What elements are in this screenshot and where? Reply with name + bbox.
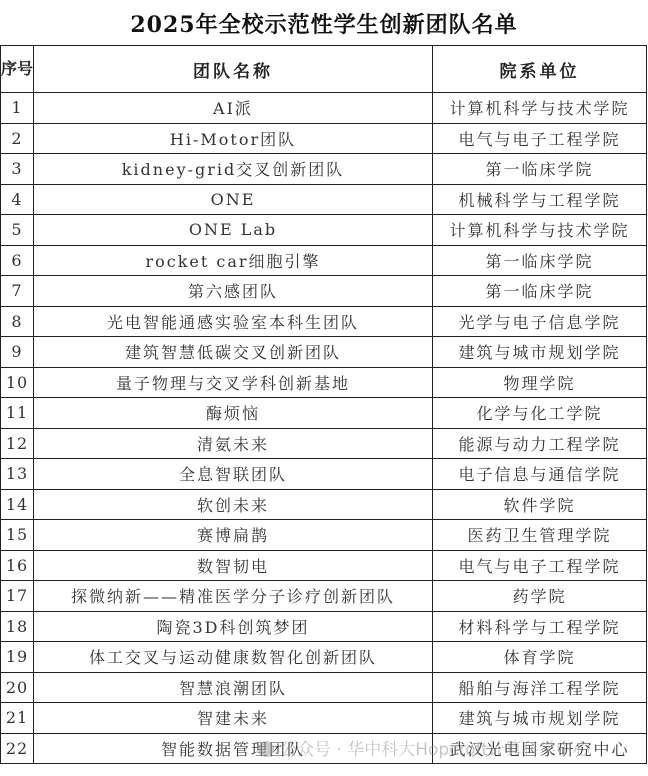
row-team-name: 智建未来 bbox=[34, 703, 433, 734]
row-team-name: ONE Lab bbox=[34, 215, 433, 246]
row-team-name: 软创未来 bbox=[34, 489, 433, 520]
row-department: 软件学院 bbox=[433, 489, 647, 520]
row-department: 电气与电子工程学院 bbox=[433, 123, 647, 154]
table-row: 7第六感团队第一临床学院 bbox=[1, 276, 647, 307]
row-seq: 4 bbox=[1, 184, 34, 215]
row-seq: 13 bbox=[1, 459, 34, 490]
row-seq: 21 bbox=[1, 703, 34, 734]
header-team-name: 团队名称 bbox=[34, 46, 433, 93]
row-seq: 9 bbox=[1, 337, 34, 368]
row-department: 物理学院 bbox=[433, 367, 647, 398]
row-seq: 17 bbox=[1, 581, 34, 612]
table-row: 9建筑智慧低碳交叉创新团队建筑与城市规划学院 bbox=[1, 337, 647, 368]
row-department: 机械科学与工程学院 bbox=[433, 184, 647, 215]
table-row: 16数智韧电电气与电子工程学院 bbox=[1, 550, 647, 581]
row-seq: 10 bbox=[1, 367, 34, 398]
row-seq: 2 bbox=[1, 123, 34, 154]
table-row: 2Hi-Motor团队电气与电子工程学院 bbox=[1, 123, 647, 154]
row-seq: 19 bbox=[1, 642, 34, 673]
table-row: 14软创未来软件学院 bbox=[1, 489, 647, 520]
row-team-name: 赛博扁鹊 bbox=[34, 520, 433, 551]
row-team-name: 智能数据管理团队 bbox=[34, 733, 433, 764]
document-title: 2025年全校示范性学生创新团队名单 bbox=[0, 0, 648, 46]
row-team-name: 陶瓷3D科创筑梦团 bbox=[34, 611, 433, 642]
row-team-name: 探微纳新——精准医学分子诊疗创新团队 bbox=[34, 581, 433, 612]
row-seq: 11 bbox=[1, 398, 34, 429]
row-team-name: 光电智能通感实验室本科生团队 bbox=[34, 306, 433, 337]
row-seq: 1 bbox=[1, 93, 34, 124]
row-department: 光学与电子信息学院 bbox=[433, 306, 647, 337]
row-team-name: 第六感团队 bbox=[34, 276, 433, 307]
row-department: 建筑与城市规划学院 bbox=[433, 703, 647, 734]
row-team-name: 体工交叉与运动健康数智化创新团队 bbox=[34, 642, 433, 673]
row-seq: 3 bbox=[1, 154, 34, 185]
table-row: 18陶瓷3D科创筑梦团材料科学与工程学院 bbox=[1, 611, 647, 642]
row-team-name: 建筑智慧低碳交叉创新团队 bbox=[34, 337, 433, 368]
table-row: 21智建未来建筑与城市规划学院 bbox=[1, 703, 647, 734]
row-seq: 14 bbox=[1, 489, 34, 520]
row-team-name: rocket car细胞引擎 bbox=[34, 245, 433, 276]
row-department: 武汉光电国家研究中心 bbox=[433, 733, 647, 764]
table-row: 19体工交叉与运动健康数智化创新团队体育学院 bbox=[1, 642, 647, 673]
row-department: 医药卫生管理学院 bbox=[433, 520, 647, 551]
row-seq: 18 bbox=[1, 611, 34, 642]
table-row: 5ONE Lab计算机科学与技术学院 bbox=[1, 215, 647, 246]
table-row: 12清氨未来能源与动力工程学院 bbox=[1, 428, 647, 459]
row-seq: 12 bbox=[1, 428, 34, 459]
row-department: 第一临床学院 bbox=[433, 154, 647, 185]
row-team-name: 量子物理与交叉学科创新基地 bbox=[34, 367, 433, 398]
table-row: 1AI派计算机科学与技术学院 bbox=[1, 93, 647, 124]
row-department: 计算机科学与技术学院 bbox=[433, 215, 647, 246]
row-team-name: 智慧浪潮团队 bbox=[34, 672, 433, 703]
table-row: 22智能数据管理团队武汉光电国家研究中心 bbox=[1, 733, 647, 764]
row-department: 能源与动力工程学院 bbox=[433, 428, 647, 459]
row-department: 材料科学与工程学院 bbox=[433, 611, 647, 642]
row-team-name: ONE bbox=[34, 184, 433, 215]
table-row: 13全息智联团队电子信息与通信学院 bbox=[1, 459, 647, 490]
row-team-name: 全息智联团队 bbox=[34, 459, 433, 490]
row-seq: 20 bbox=[1, 672, 34, 703]
row-seq: 7 bbox=[1, 276, 34, 307]
row-department: 建筑与城市规划学院 bbox=[433, 337, 647, 368]
row-seq: 15 bbox=[1, 520, 34, 551]
table-row: 3kidney-grid交叉创新团队第一临床学院 bbox=[1, 154, 647, 185]
row-team-name: 酶烦恼 bbox=[34, 398, 433, 429]
row-team-name: 清氨未来 bbox=[34, 428, 433, 459]
table-row: 10量子物理与交叉学科创新基地物理学院 bbox=[1, 367, 647, 398]
row-department: 船舶与海洋工程学院 bbox=[433, 672, 647, 703]
row-seq: 8 bbox=[1, 306, 34, 337]
row-team-name: AI派 bbox=[34, 93, 433, 124]
table-row: 11酶烦恼化学与化工学院 bbox=[1, 398, 647, 429]
table-header-row: 序号 团队名称 院系单位 bbox=[1, 46, 647, 93]
row-team-name: 数智韧电 bbox=[34, 550, 433, 581]
table-row: 6rocket car细胞引擎第一临床学院 bbox=[1, 245, 647, 276]
row-seq: 6 bbox=[1, 245, 34, 276]
row-department: 第一临床学院 bbox=[433, 276, 647, 307]
row-department: 药学院 bbox=[433, 581, 647, 612]
table-row: 15赛博扁鹊医药卫生管理学院 bbox=[1, 520, 647, 551]
table-row: 17探微纳新——精准医学分子诊疗创新团队药学院 bbox=[1, 581, 647, 612]
row-department: 体育学院 bbox=[433, 642, 647, 673]
table-row: 4ONE机械科学与工程学院 bbox=[1, 184, 647, 215]
row-seq: 16 bbox=[1, 550, 34, 581]
table-row: 8光电智能通感实验室本科生团队光学与电子信息学院 bbox=[1, 306, 647, 337]
row-seq: 22 bbox=[1, 733, 34, 764]
team-list-table: 序号 团队名称 院系单位 1AI派计算机科学与技术学院2Hi-Motor团队电气… bbox=[0, 45, 647, 764]
header-seq: 序号 bbox=[1, 46, 34, 93]
row-department: 第一临床学院 bbox=[433, 245, 647, 276]
row-department: 电气与电子工程学院 bbox=[433, 550, 647, 581]
row-team-name: kidney-grid交叉创新团队 bbox=[34, 154, 433, 185]
row-department: 电子信息与通信学院 bbox=[433, 459, 647, 490]
row-department: 计算机科学与技术学院 bbox=[433, 93, 647, 124]
row-seq: 5 bbox=[1, 215, 34, 246]
header-department: 院系单位 bbox=[433, 46, 647, 93]
row-team-name: Hi-Motor团队 bbox=[34, 123, 433, 154]
row-department: 化学与化工学院 bbox=[433, 398, 647, 429]
table-row: 20智慧浪潮团队船舶与海洋工程学院 bbox=[1, 672, 647, 703]
